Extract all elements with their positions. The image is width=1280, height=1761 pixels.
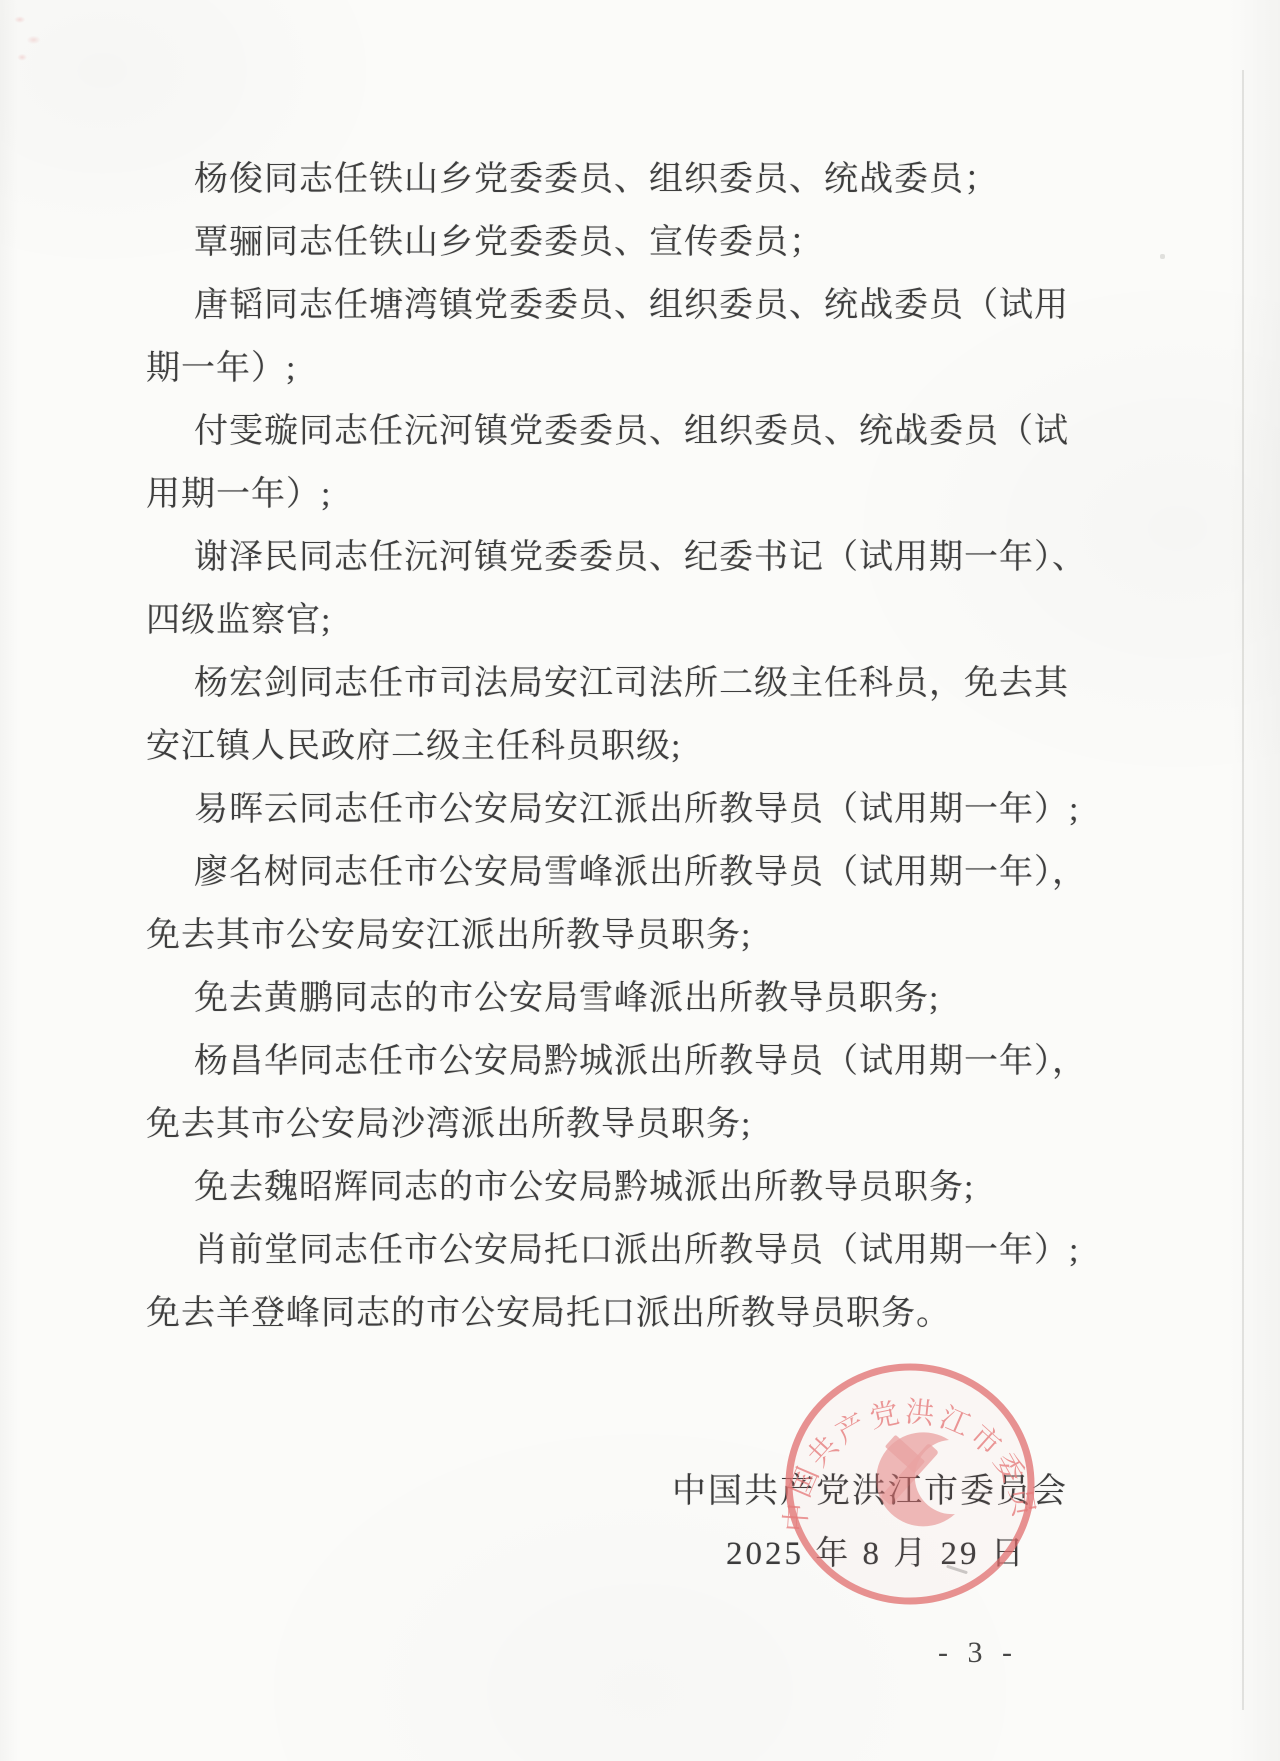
document-body: 杨俊同志任铁山乡党委委员、组织委员、统战委员；覃骊同志任铁山乡党委委员、宣传委员… <box>146 148 1096 1345</box>
document-line: 杨宏剑同志任市司法局安江司法所二级主任科员，免去其 <box>146 652 1096 715</box>
document-line: 谢泽民同志任沅河镇党委委员、纪委书记（试用期一年）、 <box>146 526 1096 589</box>
document-line: 免去羊登峰同志的市公安局托口派出所教导员职务。 <box>146 1282 1096 1345</box>
document-line: 廖名树同志任市公安局雪峰派出所教导员（试用期一年）， <box>146 841 1096 904</box>
document-line: 付雯璇同志任沅河镇党委委员、组织委员、统战委员（试 <box>146 400 1096 463</box>
document-line: 免去其市公安局沙湾派出所教导员职务; <box>146 1093 1096 1156</box>
document-line: 免去魏昭辉同志的市公安局黔城派出所教导员职务; <box>146 1156 1096 1219</box>
scan-speck <box>1160 254 1165 259</box>
document-line: 杨俊同志任铁山乡党委委员、组织委员、统战委员； <box>146 148 1096 211</box>
document-line: 用期一年）; <box>146 463 1096 526</box>
page-number: - 3 - <box>938 1636 1018 1670</box>
document-line: 免去其市公安局安江派出所教导员职务; <box>146 904 1096 967</box>
document-line: 期一年）; <box>146 337 1096 400</box>
signature-committee: 中国共产党洪江市委员会 <box>672 1472 1068 1512</box>
document-line: 肖前堂同志任市公安局托口派出所教导员（试用期一年）; <box>146 1219 1096 1282</box>
document-line: 四级监察官; <box>146 589 1096 652</box>
scanned-document-page: { "document": { "lines": [ {"indent": tr… <box>0 0 1280 1761</box>
document-line: 覃骊同志任铁山乡党委委员、宣传委员； <box>146 211 1096 274</box>
document-line: 免去黄鹏同志的市公安局雪峰派出所教导员职务; <box>146 967 1096 1030</box>
document-line: 杨昌华同志任市公安局黔城派出所教导员（试用期一年）， <box>146 1030 1096 1093</box>
scan-corner-smudge <box>6 8 52 66</box>
document-line: 易晖云同志任市公安局安江派出所教导员（试用期一年）; <box>146 778 1096 841</box>
scan-vertical-line <box>1242 70 1244 1710</box>
document-line: 安江镇人民政府二级主任科员职级; <box>146 715 1096 778</box>
signature-date: 2025 年 8 月 29 日 <box>726 1534 1027 1574</box>
document-line: 唐韬同志任塘湾镇党委委员、组织委员、统战委员（试用 <box>146 274 1096 337</box>
